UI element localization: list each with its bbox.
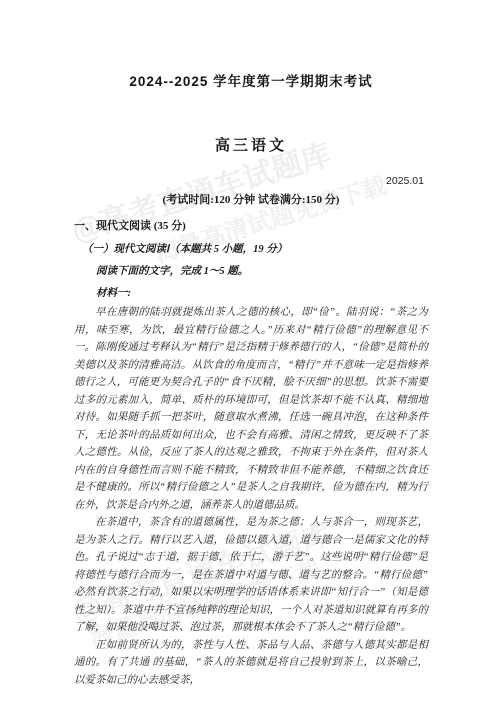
exam-subject: 高三语文 xyxy=(74,134,428,155)
material-paragraph-1: 早在唐朝的陆羽就提炼出茶人之德的核心，即“俭”。陆羽说：“茶之为用，味至寒，为饮… xyxy=(74,304,428,514)
exam-paper-page: @高考直通车试题库 海量高清试题免费下载 @高考直通车试题库 海量高清试题免费下… xyxy=(0,0,500,707)
material-one-label: 材料一: xyxy=(74,285,428,300)
exam-date: 2025.01 xyxy=(74,175,428,187)
exam-title: 2024--2025 学年度第一学期期末考试 xyxy=(74,70,428,90)
subsection-heading-reading-1: （一）现代文阅读Ⅰ（本题共 5 小题，19 分） xyxy=(74,241,428,256)
reading-instruction: 阅读下面的文字，完成 1～5 题。 xyxy=(74,263,428,278)
exam-time-score-info: (考试时间:120 分钟 试卷满分:150 分) xyxy=(74,191,428,207)
material-one-body: 早在唐朝的陆羽就提炼出茶人之德的核心，即“俭”。陆羽说：“茶之为用，味至寒，为饮… xyxy=(74,304,428,689)
material-paragraph-2: 在茶道中，茶含有的道德属性，是为茶之德；人与茶合一，则现茶艺，是为茶人之行。精行… xyxy=(74,514,428,637)
exam-content: 2024--2025 学年度第一学期期末考试 高三语文 2025.01 (考试时… xyxy=(0,0,500,689)
section-heading-modern-reading: 一、现代文阅读 (35 分) xyxy=(74,217,428,233)
material-paragraph-3: 正如前贤所认为的，茶性与人性、茶品与人品、茶德与人德其实都是相通的。有了共通 的… xyxy=(74,637,428,690)
